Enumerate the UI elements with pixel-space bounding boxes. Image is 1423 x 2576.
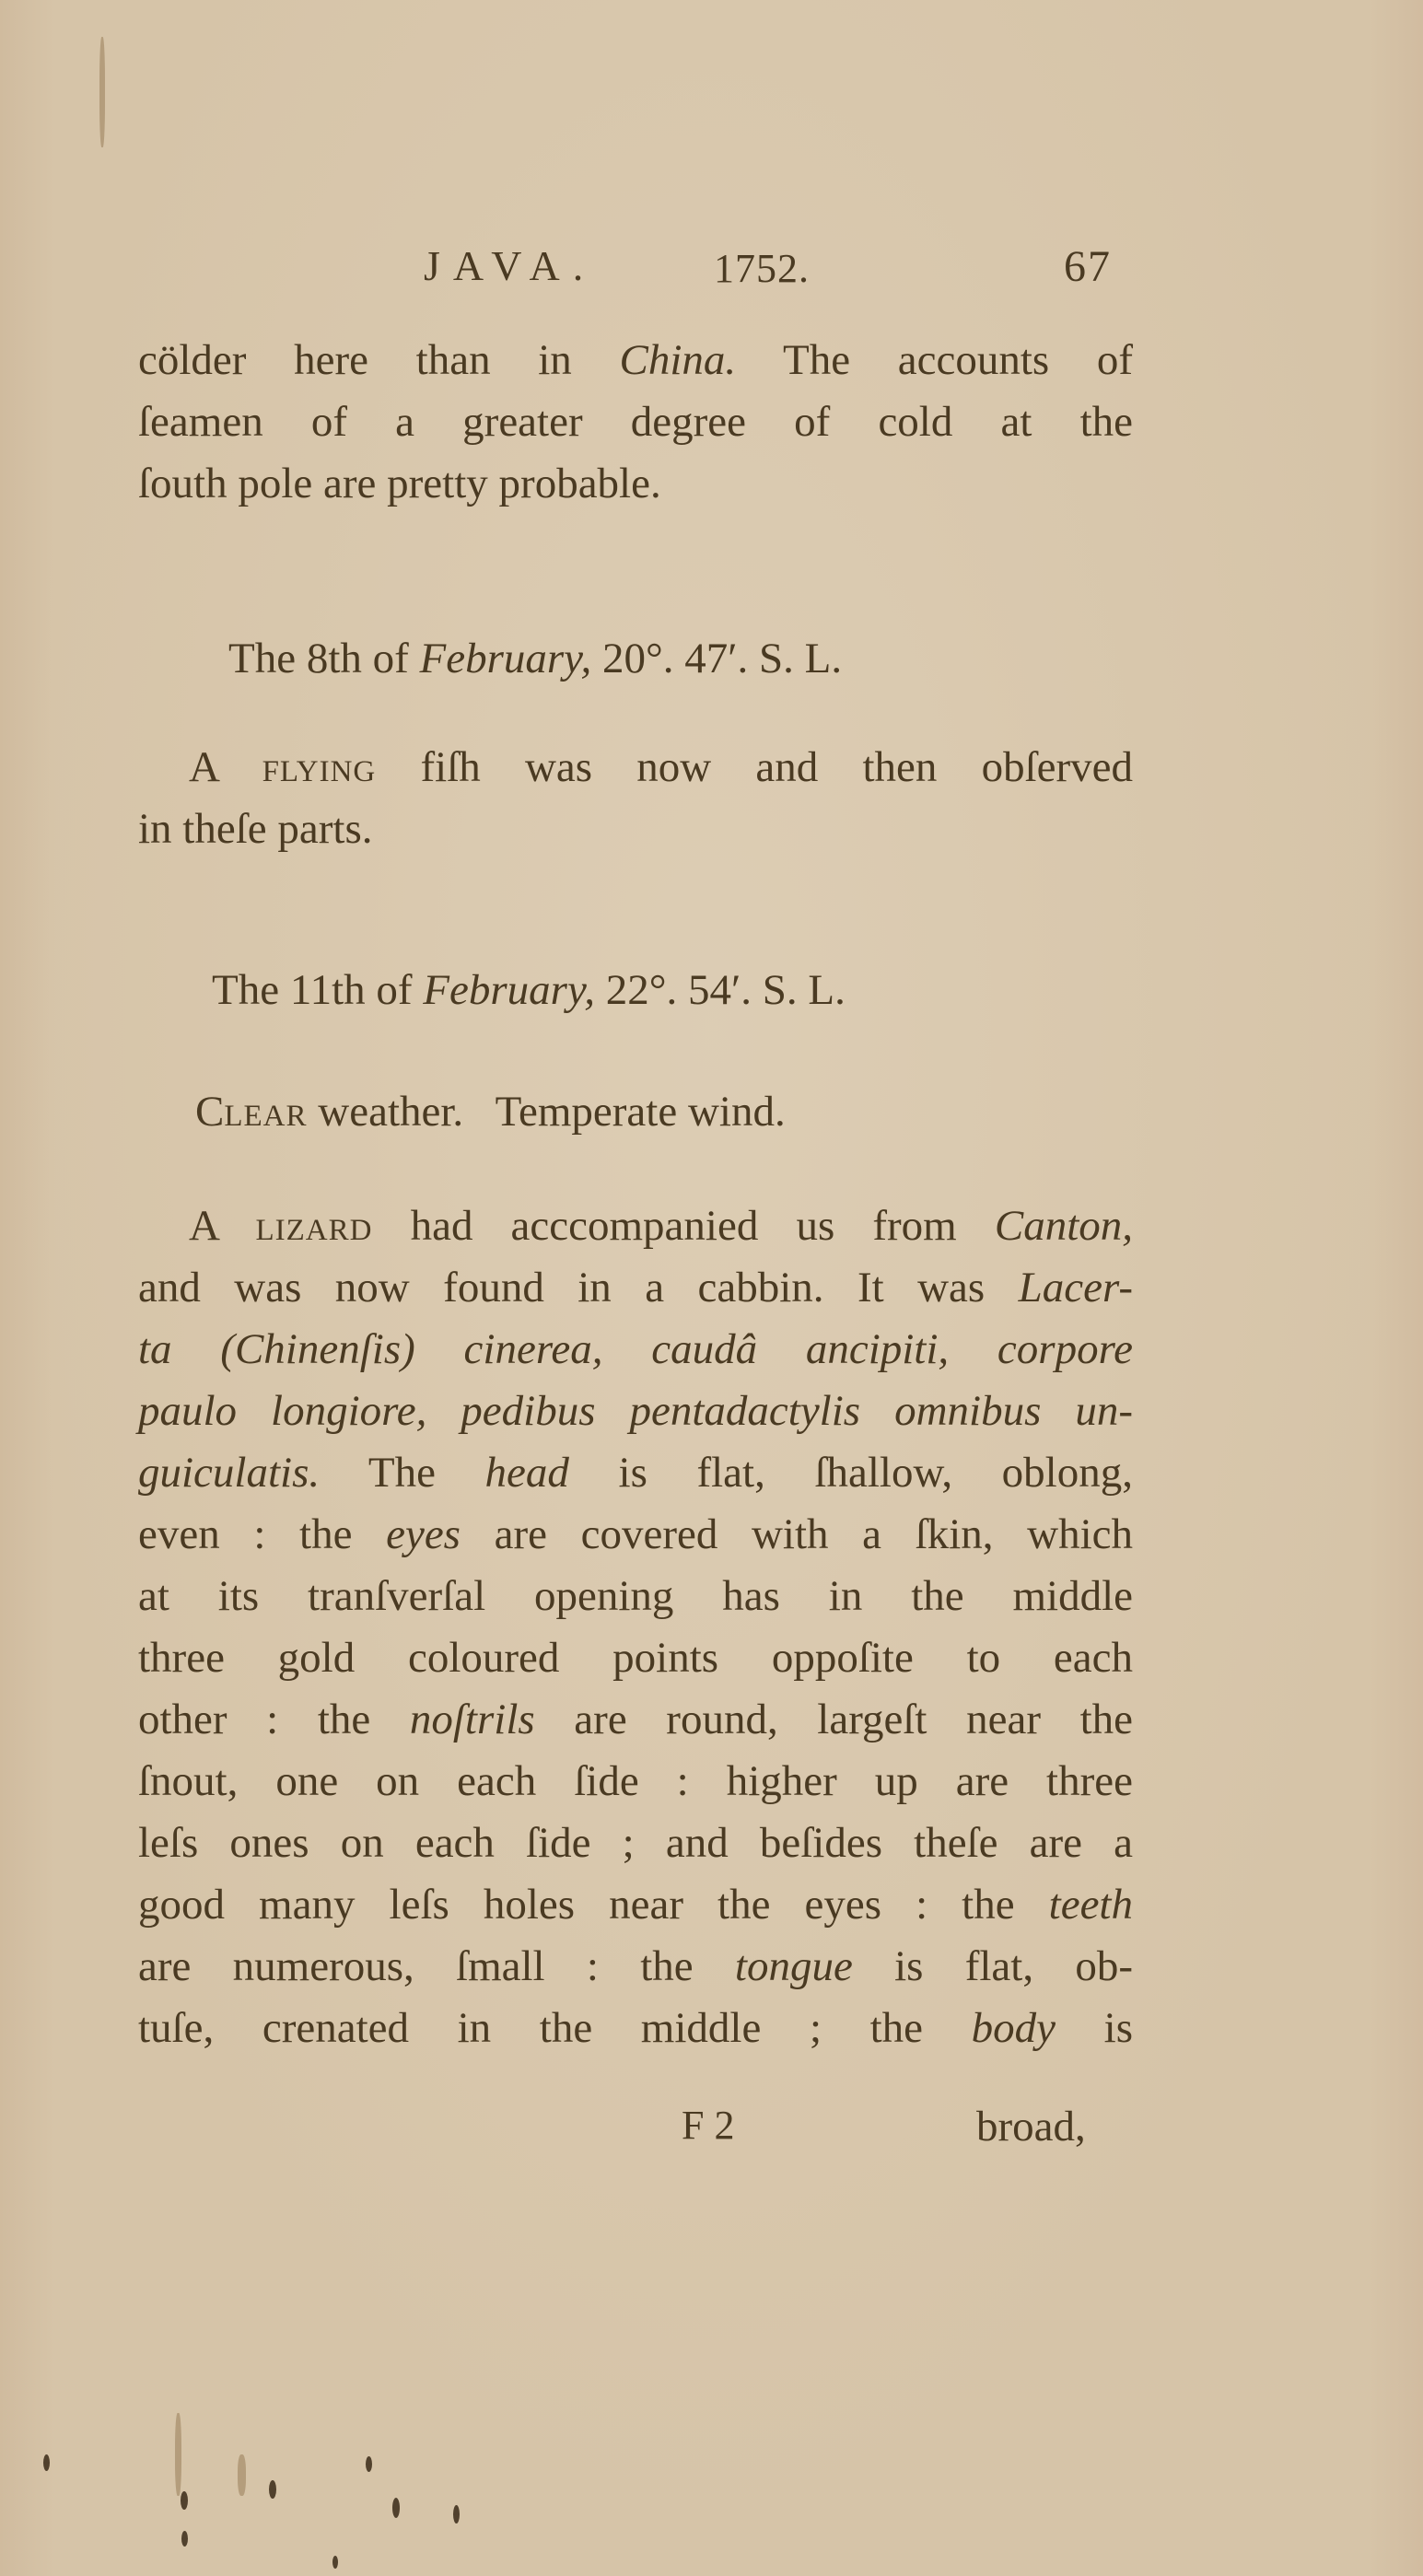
text-line: good many leſs holes near the eyes : the…	[138, 1874, 1133, 1936]
dateline-8-february: The 8th of February, 20°. 47′. S. L.	[228, 634, 842, 683]
book-page: JAVA. 1752. 67 cölder here than in China…	[0, 0, 1423, 2576]
paper-speck	[181, 2531, 188, 2547]
paper-speck	[332, 2556, 338, 2569]
paper-speck	[43, 2454, 50, 2471]
flying-fish-paragraph: A flying fiſh was now and then obſerved …	[138, 737, 1133, 860]
paper-speck	[366, 2456, 372, 2472]
page-number: 67	[1064, 241, 1112, 292]
paper-speck	[181, 2491, 188, 2510]
running-head: JAVA. 1752. 67	[396, 241, 1133, 306]
text-line: leſs ones on each ſide ; and beſides the…	[138, 1813, 1133, 1874]
text-line: tuſe, crenated in the middle ; the body …	[138, 1998, 1133, 2059]
lizard-paragraph: A lizard had acccompanied us from Canton…	[138, 1195, 1133, 2059]
paper-speck	[453, 2505, 460, 2524]
dateline-11-february: The 11th of February, 22°. 54′. S. L.	[212, 965, 846, 1015]
text-line: ta (Chinenſis) cinerea, caudâ ancipiti, …	[138, 1319, 1133, 1381]
running-head-year: 1752.	[714, 245, 810, 292]
text-line: ſnout, one on each ſide : higher up are …	[138, 1751, 1133, 1813]
weather-note: Clear weather. Temperate wind.	[195, 1087, 786, 1136]
text-line: three gold coloured points oppoſite to e…	[138, 1627, 1133, 1689]
paper-streak	[175, 2413, 181, 2496]
text-line: even : the eyes are covered with a ſkin,…	[138, 1504, 1133, 1566]
text-line: ſeamen of a greater degree of cold at th…	[138, 391, 1133, 453]
signature-mark: F 2	[682, 2102, 734, 2149]
paper-speck	[269, 2480, 276, 2499]
paper-speck	[392, 2498, 400, 2518]
running-head-title: JAVA.	[424, 241, 596, 290]
catchword: broad,	[976, 2102, 1086, 2151]
paper-streak	[99, 37, 105, 147]
text-line: cölder here than in China. The accounts …	[138, 330, 1133, 391]
text-line: paulo longiore, pedibus pentadactylis om…	[138, 1381, 1133, 1442]
text-line: A flying fiſh was now and then obſerved	[138, 737, 1133, 798]
text-line: at its tranſverſal opening has in the mi…	[138, 1566, 1133, 1627]
text-line: ſouth pole are pretty probable.	[138, 453, 1133, 515]
paper-streak	[238, 2454, 246, 2496]
continuation-paragraph: cölder here than in China. The accounts …	[138, 330, 1133, 515]
text-line: guiculatis. The head is flat, ſhallow, o…	[138, 1442, 1133, 1504]
text-line: are numerous, ſmall : the tongue is flat…	[138, 1936, 1133, 1998]
text-line: other : the noſtrils are round, largeſt …	[138, 1689, 1133, 1751]
text-line: in theſe parts.	[138, 798, 1133, 860]
text-line: A lizard had acccompanied us from Canton…	[138, 1195, 1133, 1257]
text-line: and was now found in a cabbin. It was La…	[138, 1257, 1133, 1319]
